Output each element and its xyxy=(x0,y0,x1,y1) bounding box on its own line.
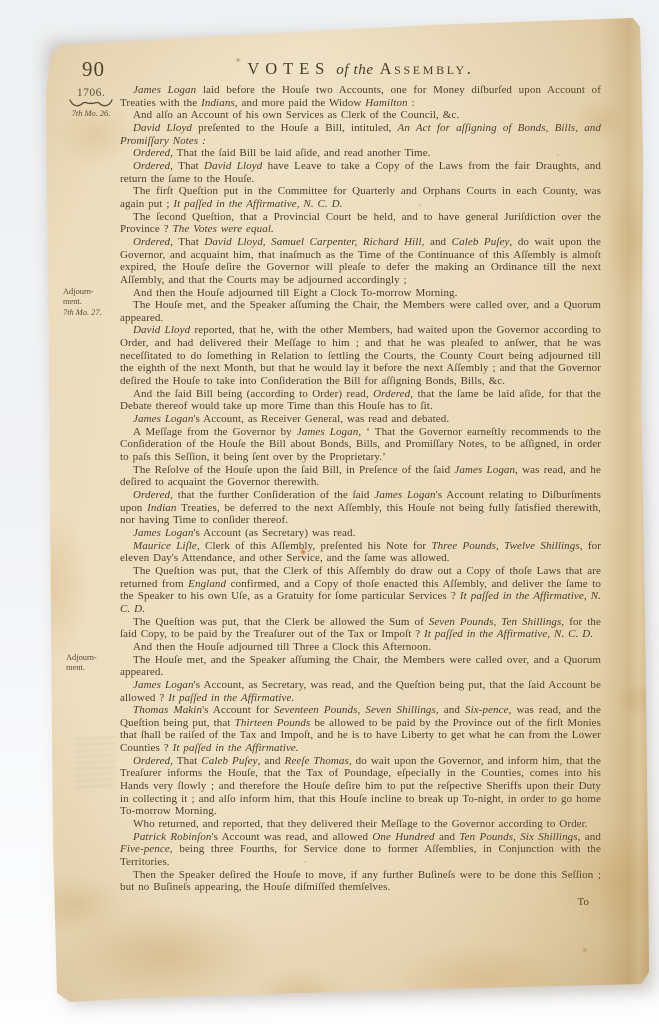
paragraph: Thomas Makin's Account for Seventeen Pou… xyxy=(120,704,601,755)
paragraph: David Lloyd preſented to the Houſe a Bil… xyxy=(120,122,601,147)
title-assembly: Assembly. xyxy=(380,59,474,78)
margin-date: 7th Mo. 26. xyxy=(62,109,120,119)
paragraph: James Logan's Account, as Secretary, was… xyxy=(120,679,601,704)
margin-note-adjournment-2: Adjourn- ment. xyxy=(66,653,122,673)
paragraph: James Logan's Account (as Secretary) was… xyxy=(120,527,601,540)
paragraph: The Queſtion was put, that the Clerk be … xyxy=(120,616,601,641)
paragraph: James Logan laid before the Houſe two Ac… xyxy=(120,84,601,109)
paragraph: The Houſe met, and the Speaker aſſuming … xyxy=(120,299,601,324)
scan-photo: 90 VOTES of the Assembly. 1706. 7th Mo. … xyxy=(0,0,659,1024)
brace-flourish-icon xyxy=(68,98,114,108)
paragraph: A Meſſage from the Governor by James Log… xyxy=(120,426,601,464)
paragraph: The ſecond Queſtion, that a Provincial C… xyxy=(120,211,601,236)
paragraph: Then the Speaker deſired the Houſe to mo… xyxy=(120,869,601,894)
page-sheet: 90 VOTES of the Assembly. 1706. 7th Mo. … xyxy=(0,0,659,1024)
paragraph: Ordered, That David Lloyd, Samuel Carpen… xyxy=(120,236,601,287)
paragraph: Maurice Liſle, Clerk of this Aſſembly, p… xyxy=(120,540,601,565)
paragraph: And then the Houſe adjourned till Three … xyxy=(120,641,601,654)
page-number: 90 xyxy=(82,57,105,82)
paragraph: The firſt Queſtion put in the Committee … xyxy=(120,185,601,210)
show-through-smudge xyxy=(75,734,116,788)
margin-note-line: Adjourn- xyxy=(66,653,122,663)
paragraph: The Queſtion was put, that the Clerk of … xyxy=(120,565,601,616)
paragraph: The Reſolve of the Houſe upon the ſaid B… xyxy=(120,464,601,489)
paragraph: Ordered, That David Lloyd have Leave to … xyxy=(120,160,601,185)
text-column: James Logan laid before the Houſe two Ac… xyxy=(120,84,601,909)
paragraph: Ordered, That Caleb Puſey, and Reeſe Tho… xyxy=(120,755,601,818)
margin-year: 1706. xyxy=(62,88,120,98)
paragraph: And then the Houſe adjourned till Eight … xyxy=(120,287,601,300)
margin-note-line: Adjourn- xyxy=(63,287,119,297)
paragraph: And alſo an Account of his own Services … xyxy=(120,109,601,122)
margin-note-adjournment-1: Adjourn- ment. 7th Mo. 27. xyxy=(63,287,119,319)
paragraph: David Lloyd reported, that he, with the … xyxy=(120,324,601,387)
margin-note-line: ment. xyxy=(66,663,122,673)
title-votes: VOTES xyxy=(247,59,330,78)
paragraph: Patrick Robinſon's Account was read, and… xyxy=(120,831,601,869)
title-of-the: of the xyxy=(334,62,375,78)
paragraph: James Logan's Account, as Receiver Gener… xyxy=(120,413,601,426)
running-title: VOTES of the Assembly. xyxy=(120,59,601,79)
margin-date: 7th Mo. 27. xyxy=(63,308,119,318)
margin-note-date-1706: 1706. 7th Mo. 26. xyxy=(62,88,120,119)
paragraph: The Houſe met, and the Speaker aſſuming … xyxy=(120,654,601,679)
catchword: To xyxy=(120,896,601,909)
margin-note-line: ment. xyxy=(63,297,119,307)
paragraph: Who returned, and reported, that they de… xyxy=(120,818,601,831)
paragraph: Ordered, that the further Conſideration … xyxy=(120,489,601,527)
paragraph: Ordered, That the ſaid Bill be laid aſid… xyxy=(120,147,601,160)
body-text: James Logan laid before the Houſe two Ac… xyxy=(120,84,601,894)
paragraph: And the ſaid Bill being (according to Or… xyxy=(120,388,601,413)
